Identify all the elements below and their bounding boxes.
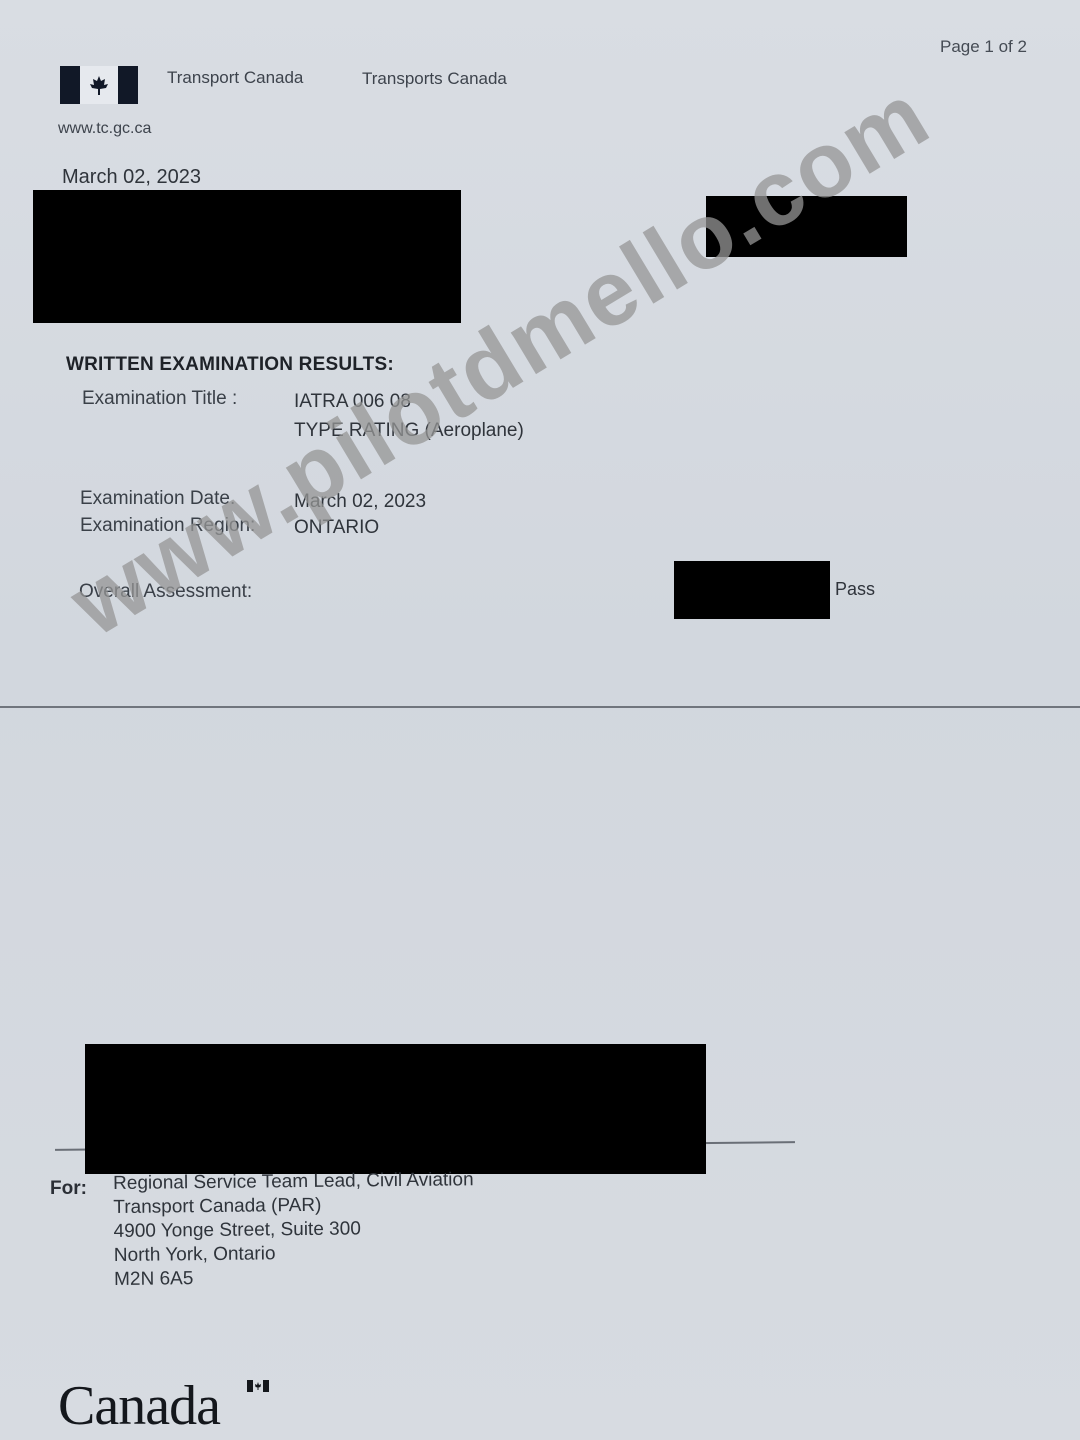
redacted-score-block bbox=[674, 561, 830, 619]
redacted-recipient-block bbox=[33, 190, 461, 323]
department-name-en: Transport Canada bbox=[167, 68, 303, 88]
wordmark-flag-icon bbox=[247, 1380, 269, 1392]
section-title: WRITTEN EXAMINATION RESULTS: bbox=[66, 354, 394, 376]
redacted-signature-block bbox=[85, 1044, 706, 1174]
for-label: For: bbox=[50, 1178, 87, 1200]
address-line: M2N 6A5 bbox=[114, 1264, 475, 1292]
overall-assessment-value: Pass bbox=[835, 579, 875, 600]
website-link[interactable]: www.tc.gc.ca bbox=[58, 120, 151, 138]
page-fold-divider bbox=[0, 706, 1080, 708]
exam-title-label: Examination Title : bbox=[82, 388, 237, 410]
canada-flag-icon bbox=[60, 66, 138, 104]
department-name-fr: Transports Canada bbox=[362, 69, 507, 89]
letter-date: March 02, 2023 bbox=[62, 166, 201, 189]
sender-address: Regional Service Team Lead, Civil Aviati… bbox=[113, 1168, 475, 1292]
canada-wordmark: Canada bbox=[58, 1374, 220, 1438]
page-indicator: Page 1 of 2 bbox=[940, 37, 1027, 57]
address-line: Regional Service Team Lead, Civil Aviati… bbox=[113, 1168, 474, 1196]
